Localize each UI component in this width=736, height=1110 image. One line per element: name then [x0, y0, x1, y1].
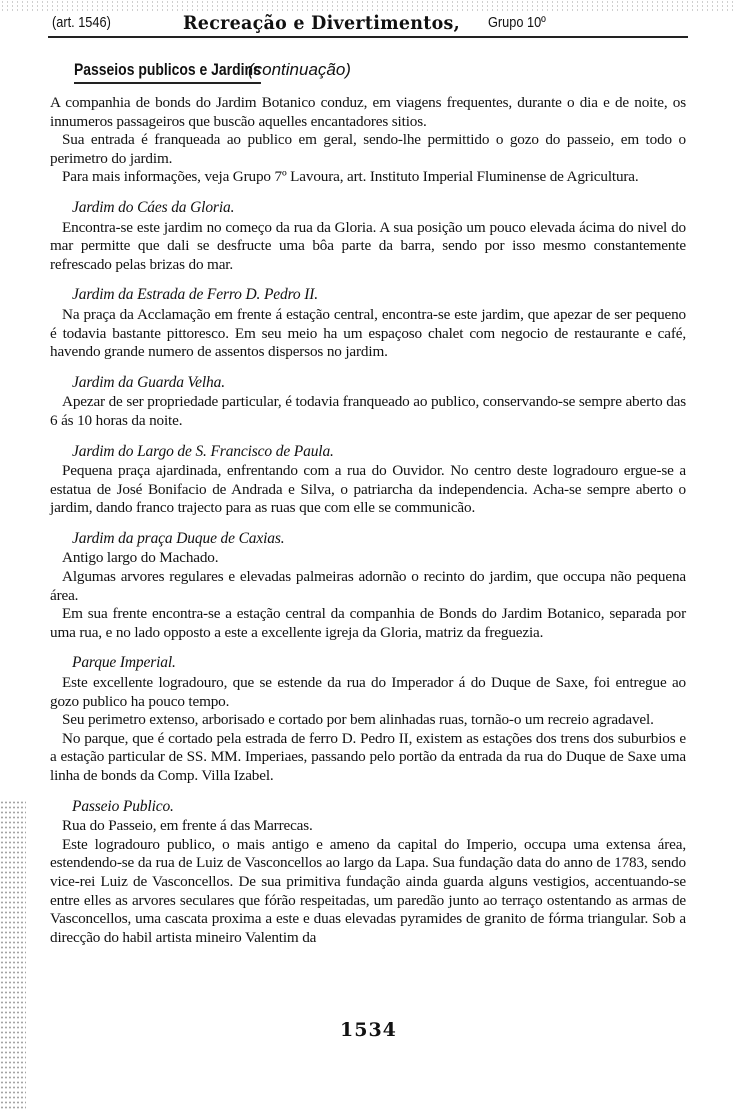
entry-heading: Jardim da praça Duque de Caxias.	[72, 530, 686, 549]
header-title: Recreação e Divertimentos,	[183, 12, 460, 34]
entry-heading: Jardim da Estrada de Ferro D. Pedro II.	[72, 286, 686, 305]
entry-heading: Jardim do Cáes da Gloria.	[72, 199, 686, 218]
entry-paragraph: Encontra-se este jardim no começo da rua…	[50, 219, 686, 275]
entry-paragraph: Em sua frente encontra-se a estação cent…	[50, 605, 686, 642]
entry-paragraph: Este logradouro publico, o mais antigo e…	[50, 836, 686, 948]
entry-paragraph: Apezar de ser propriedade particular, é …	[50, 393, 686, 430]
entry-paragraph: No parque, que é cortado pela estrada de…	[50, 730, 686, 786]
page-body: A companhia de bonds do Jardim Botanico …	[50, 94, 686, 947]
entry-subheading: Rua do Passeio, em frente á das Marrecas…	[62, 817, 686, 836]
entry-subheading: Antigo largo do Machado.	[62, 549, 686, 568]
intro-paragraph: A companhia de bonds do Jardim Botanico …	[50, 94, 686, 131]
entry-paragraph: Seu perimetro extenso, arborisado e cort…	[50, 711, 686, 730]
intro-paragraph: Para mais informações, veja Grupo 7º Lav…	[50, 168, 686, 187]
entry-paragraph: Pequena praça ajardinada, enfrentando co…	[50, 462, 686, 518]
entry-heading: Jardim do Largo de S. Francisco de Paula…	[72, 443, 686, 462]
entry-paragraph: Na praça da Acclamação em frente á estaç…	[50, 306, 686, 362]
running-header: (art. 1546) Recreação e Divertimentos, G…	[48, 10, 688, 38]
section-continuation: (continuação)	[248, 60, 351, 79]
entry-heading: Jardim da Guarda Velha.	[72, 374, 686, 393]
entry-heading: Passeio Publico.	[72, 798, 686, 817]
header-group: Grupo 10º	[488, 14, 546, 31]
entry-heading: Parque Imperial.	[72, 654, 686, 673]
entry-paragraph: Este excellente logradouro, que se esten…	[50, 674, 686, 711]
intro-paragraph: Sua entrada é franqueada ao publico em g…	[50, 131, 686, 168]
section-title-text: Passeios publicos e Jardins	[74, 60, 261, 84]
page-number: 1534	[340, 1019, 397, 1041]
article-number: (art. 1546)	[52, 14, 111, 31]
entry-paragraph: Algumas arvores regulares e elevadas pal…	[50, 568, 686, 605]
scan-noise-left-margin	[0, 800, 26, 1110]
section-title: Passeios publicos e Jardins (continuação…	[74, 60, 351, 84]
